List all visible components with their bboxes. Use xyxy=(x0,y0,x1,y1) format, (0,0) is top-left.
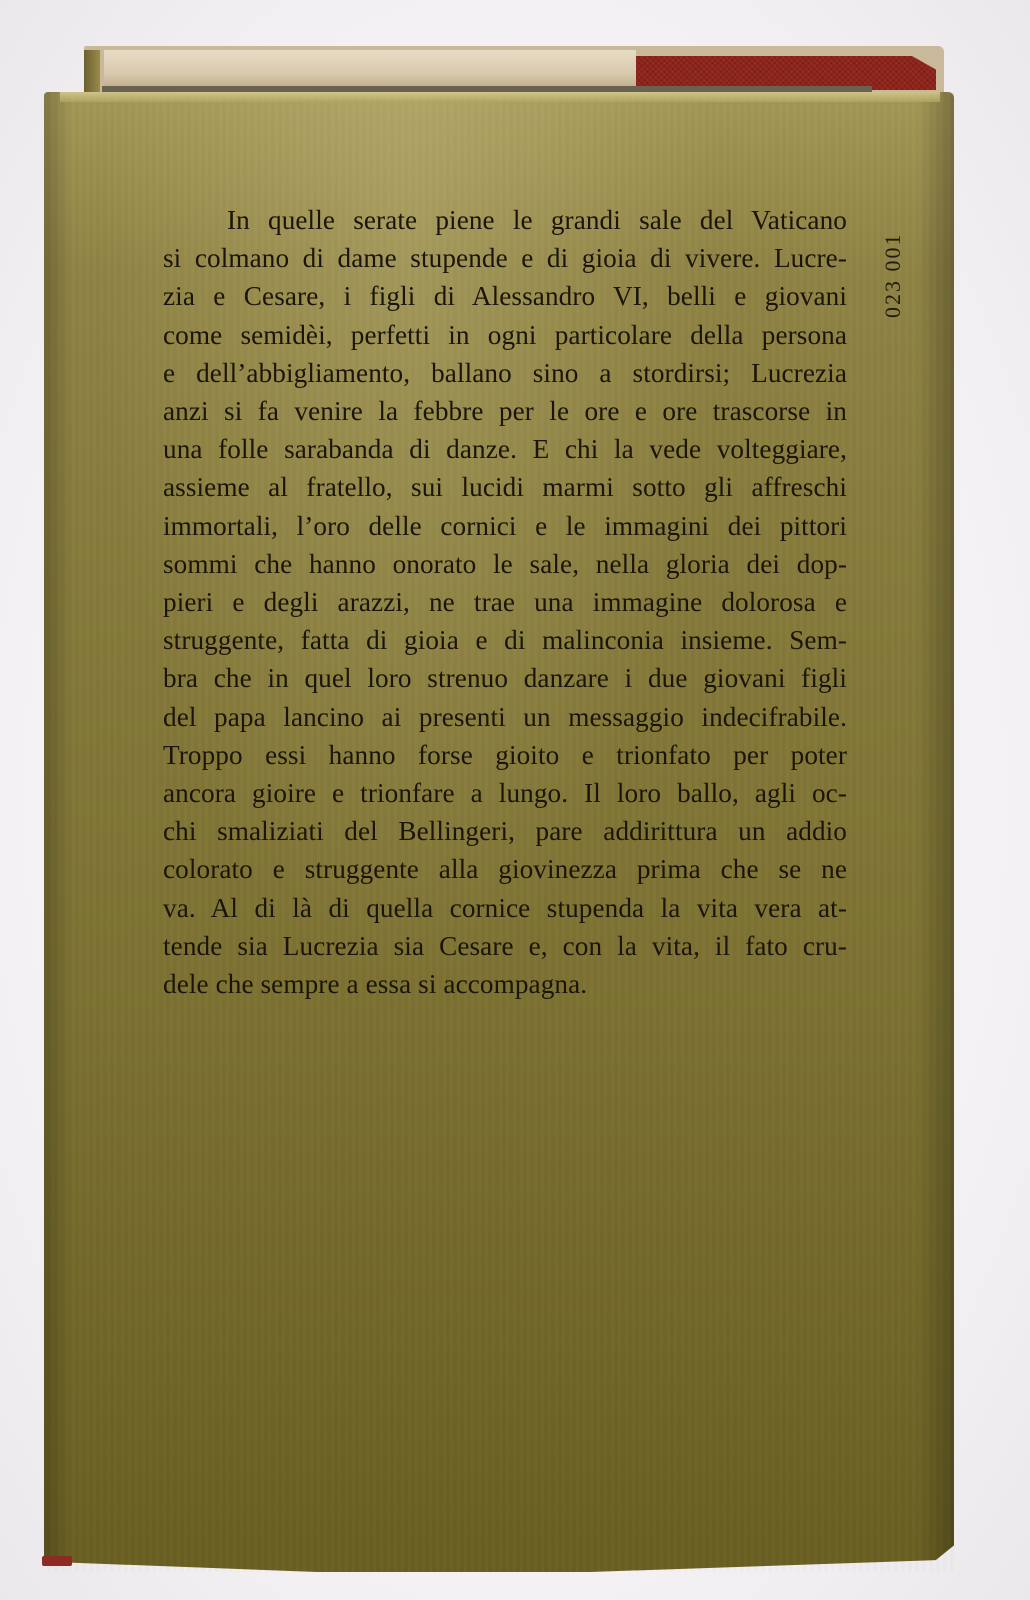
blurb-line: In quelle serate piene le grandi sale de… xyxy=(163,201,847,239)
blurb-line: colorato e struggente alla giovinezza pr… xyxy=(163,850,847,888)
blurb-line: dele che sempre a essa si accompagna. xyxy=(163,965,847,1003)
catalog-number: 023 001 xyxy=(880,200,904,318)
blurb-line: bra che in quel loro strenuo danzare i d… xyxy=(163,659,847,697)
blurb-line: immortali, l’oro delle cornici e le imma… xyxy=(163,507,847,545)
blurb-line: anzi si fa venire la febbre per le ore e… xyxy=(163,392,847,430)
blurb-line: struggente, fatta di gioia e di malincon… xyxy=(163,621,847,659)
blurb-line: come semidèi, perfetti in ogni particola… xyxy=(163,316,847,354)
page-edges xyxy=(104,50,636,90)
blurb-line: una folle sarabanda di danze. E chi la v… xyxy=(163,430,847,468)
blurb-line: zia e Cesare, i figli di Alessandro VI, … xyxy=(163,277,847,315)
red-cloth-binding xyxy=(636,56,936,90)
blurb-line: tende sia Lucrezia sia Cesare e, con la … xyxy=(163,927,847,965)
red-cloth-corner xyxy=(42,1556,72,1566)
blurb-line: va. Al di là di quella cornice stupenda … xyxy=(163,889,847,927)
blurb-line: chi smaliziati del Bellingeri, pare addi… xyxy=(163,812,847,850)
blurb-line: si colmano di dame stupende e di gioia d… xyxy=(163,239,847,277)
back-cover-blurb: In quelle serate piene le grandi sale de… xyxy=(163,201,847,1003)
blurb-line: Troppo essi hanno forse gioito e trionfa… xyxy=(163,736,847,774)
jacket-top-fold xyxy=(60,92,940,102)
blurb-line: pieri e degli arazzi, ne trae una immagi… xyxy=(163,583,847,621)
blurb-line: del papa lancino ai presenti un messaggi… xyxy=(163,698,847,736)
book-spine-edge xyxy=(84,50,100,98)
blurb-line: ancora gioire e trionfare a lungo. Il lo… xyxy=(163,774,847,812)
blurb-line: e dell’abbigliamento, ballano sino a sto… xyxy=(163,354,847,392)
blurb-line: sommi che hanno onorato le sale, nella g… xyxy=(163,545,847,583)
blurb-line: assieme al fratello, sui lucidi marmi so… xyxy=(163,468,847,506)
